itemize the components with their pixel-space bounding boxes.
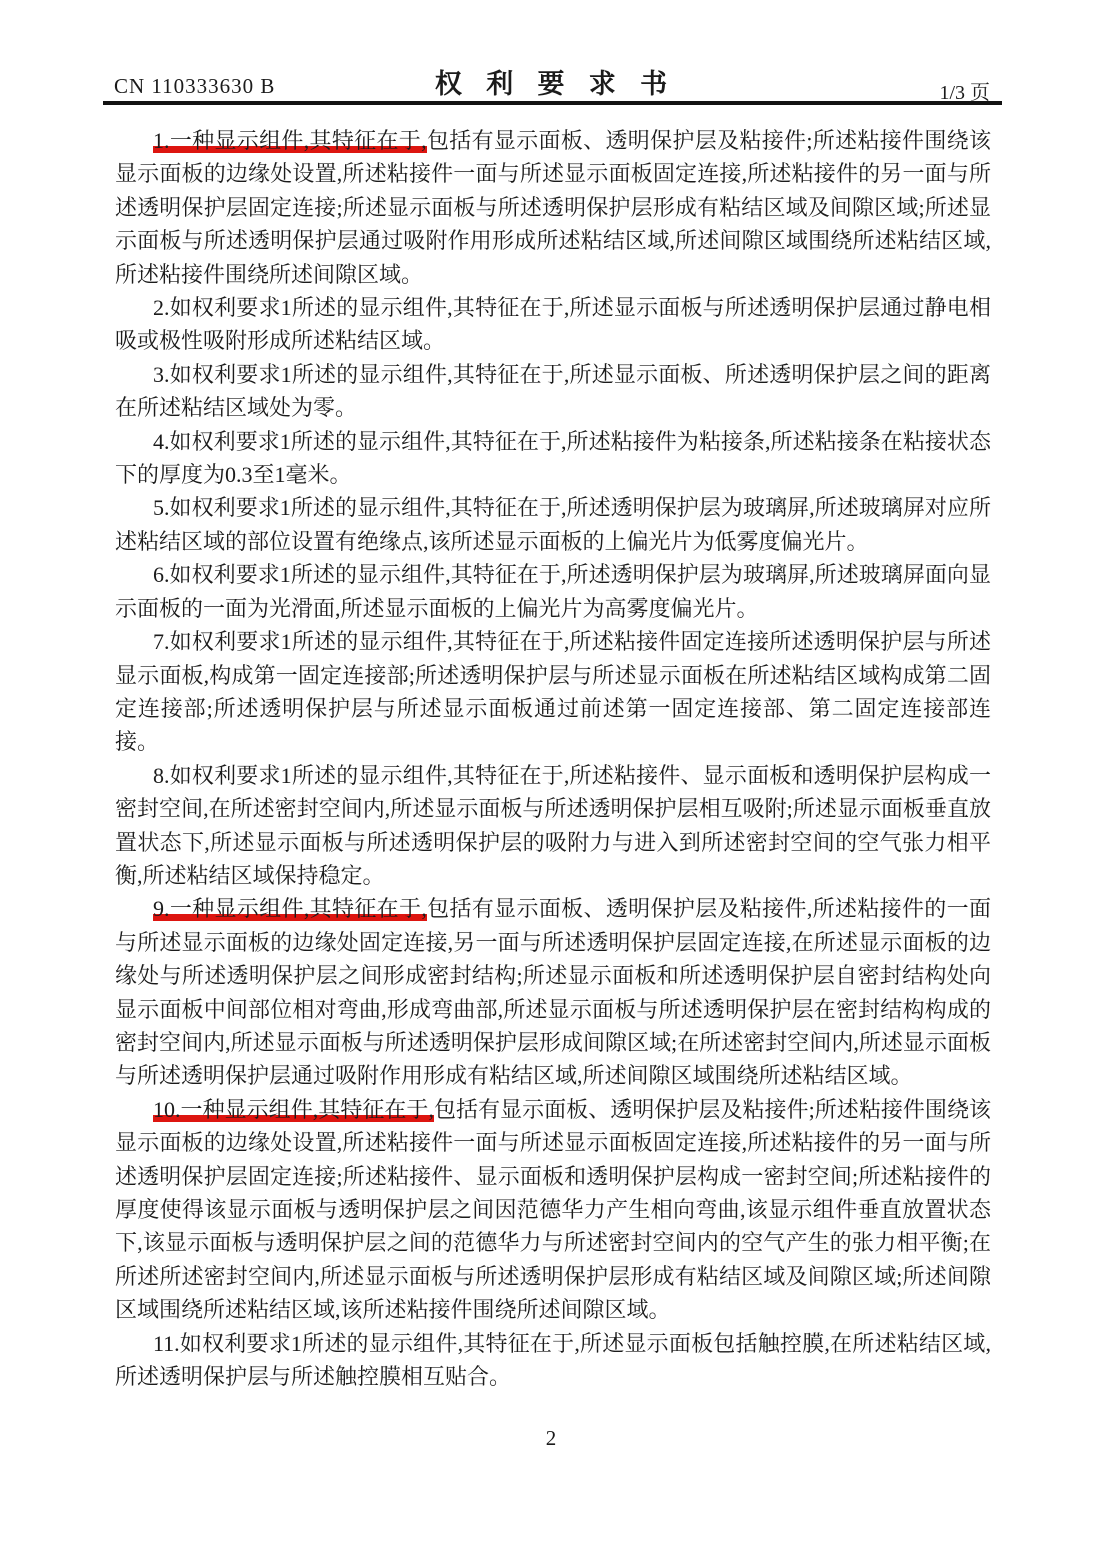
claim-11-text: 11.如权利要求1所述的显示组件,其特征在于,所述显示面板包括触控膜,在所述粘结… <box>115 1331 991 1389</box>
claim-3-text: 3.如权利要求1所述的显示组件,其特征在于,所述显示面板、所述透明保护层之间的距… <box>115 362 991 420</box>
page-number: 2 <box>0 1426 1102 1451</box>
claim-2-text: 2.如权利要求1所述的显示组件,其特征在于,所述显示面板与所述透明保护层通过静电… <box>115 295 991 353</box>
claim-paragraph-11: 11.如权利要求1所述的显示组件,其特征在于,所述显示面板包括触控膜,在所述粘结… <box>115 1327 991 1394</box>
patent-claims-page: CN 110333630 B 权利要求书 1/3 页 1.一种显示组件,其特征在… <box>0 0 1102 1559</box>
claim-9-text: 包括有显示面板、透明保护层及粘接件,所述粘接件的一面与所述显示面板的边缘处固定连… <box>115 896 991 1088</box>
header-divider-rule <box>103 101 1002 105</box>
claim-paragraph-10: 10.一种显示组件,其特征在于,包括有显示面板、透明保护层及粘接件;所述粘接件围… <box>115 1093 991 1327</box>
claim-10-text: 包括有显示面板、透明保护层及粘接件;所述粘接件围绕该显示面板的边缘处设置,所述粘… <box>115 1097 991 1322</box>
page-title: 权利要求书 <box>411 62 692 101</box>
claim-7-text: 7.如权利要求1所述的显示组件,其特征在于,所述粘接件固定连接所述透明保护层与所… <box>115 629 991 754</box>
claim-1-underlined-lead: 1.一种显示组件,其特征在于, <box>153 128 427 153</box>
document-number: CN 110333630 B <box>114 74 275 99</box>
claim-paragraph-6: 6.如权利要求1所述的显示组件,其特征在于,所述透明保护层为玻璃屏,所述玻璃屏面… <box>115 558 991 625</box>
claim-paragraph-2: 2.如权利要求1所述的显示组件,其特征在于,所述显示面板与所述透明保护层通过静电… <box>115 291 991 358</box>
claim-paragraph-9: 9.一种显示组件,其特征在于,包括有显示面板、透明保护层及粘接件,所述粘接件的一… <box>115 892 991 1092</box>
claim-9-underlined-lead: 9.一种显示组件,其特征在于, <box>153 896 427 921</box>
claim-paragraph-3: 3.如权利要求1所述的显示组件,其特征在于,所述显示面板、所述透明保护层之间的距… <box>115 358 991 425</box>
claim-paragraph-7: 7.如权利要求1所述的显示组件,其特征在于,所述粘接件固定连接所述透明保护层与所… <box>115 625 991 759</box>
claim-10-underlined-lead: 10.一种显示组件,其特征在于, <box>153 1097 434 1122</box>
claim-5-text: 5.如权利要求1所述的显示组件,其特征在于,所述透明保护层为玻璃屏,所述玻璃屏对… <box>115 495 991 553</box>
claim-6-text: 6.如权利要求1所述的显示组件,其特征在于,所述透明保护层为玻璃屏,所述玻璃屏面… <box>115 562 991 620</box>
claim-paragraph-1: 1.一种显示组件,其特征在于,包括有显示面板、透明保护层及粘接件;所述粘接件围绕… <box>115 124 991 291</box>
claims-section: 1.一种显示组件,其特征在于,包括有显示面板、透明保护层及粘接件;所述粘接件围绕… <box>115 124 991 1393</box>
claim-4-text: 4.如权利要求1所述的显示组件,其特征在于,所述粘接件为粘接条,所述粘接条在粘接… <box>115 429 991 487</box>
claim-8-text: 8.如权利要求1所述的显示组件,其特征在于,所述粘接件、显示面板和透明保护层构成… <box>115 763 991 888</box>
claim-paragraph-8: 8.如权利要求1所述的显示组件,其特征在于,所述粘接件、显示面板和透明保护层构成… <box>115 759 991 893</box>
claim-paragraph-4: 4.如权利要求1所述的显示组件,其特征在于,所述粘接件为粘接条,所述粘接条在粘接… <box>115 425 991 492</box>
claim-paragraph-5: 5.如权利要求1所述的显示组件,其特征在于,所述透明保护层为玻璃屏,所述玻璃屏对… <box>115 491 991 558</box>
